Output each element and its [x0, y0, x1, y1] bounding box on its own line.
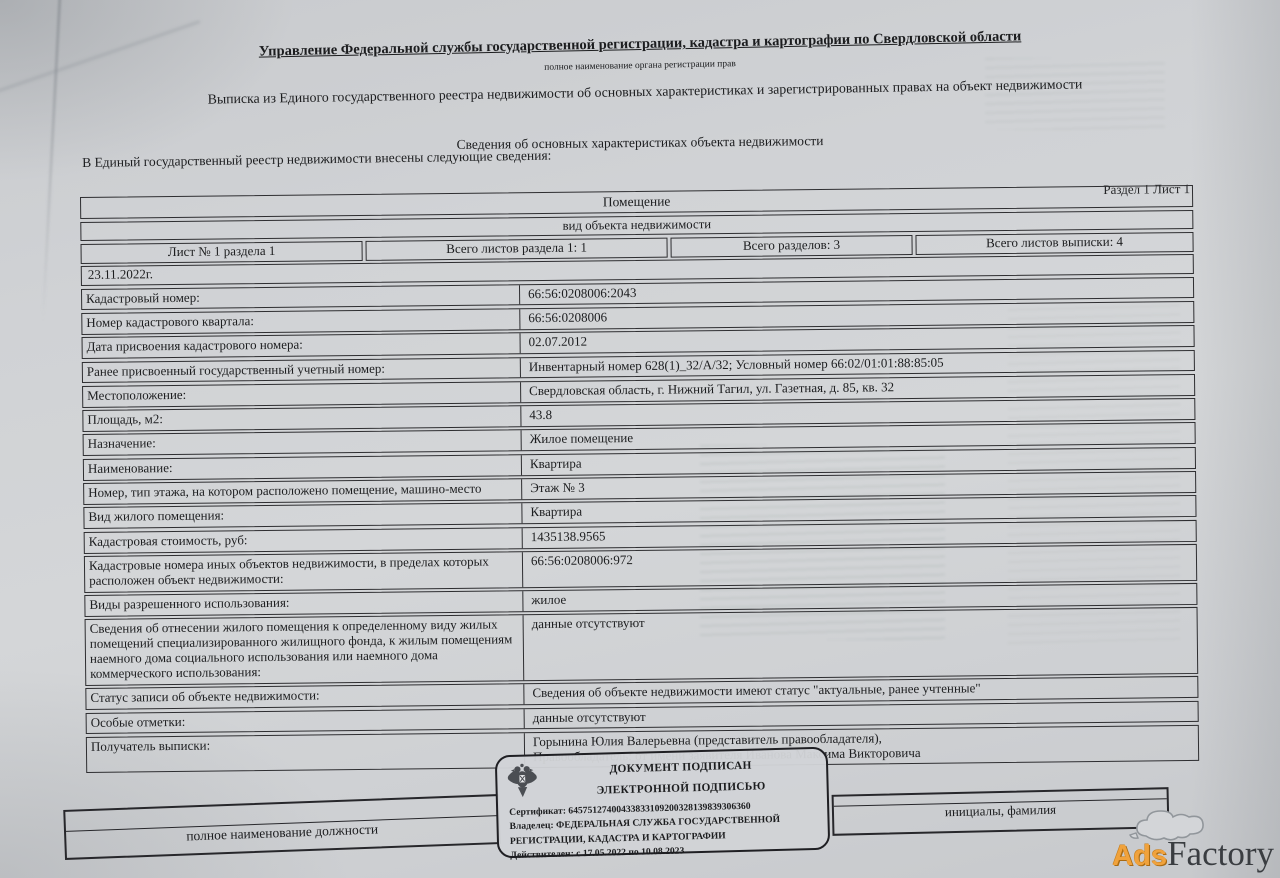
watermark-ads: Ads [1112, 840, 1167, 872]
watermark-factory: Factory [1167, 834, 1274, 873]
sheet-number-cell: Лист № 1 раздела 1 [81, 241, 363, 264]
row-label: Виды разрешенного использования: [85, 591, 523, 616]
electronic-signature-stamp: ДОКУМЕНТ ПОДПИСАН ЭЛЕКТРОННОЙ ПОДПИСЬЮ С… [495, 747, 831, 859]
row-label: Дата присвоения кадастрового номера: [83, 333, 521, 358]
total-sheets-section-cell: Всего листов раздела 1: 1 [365, 238, 667, 261]
row-label: Статус записи об объекте недвижимости: [86, 684, 524, 709]
position-caption: полное наименование должности [66, 817, 498, 849]
row-label: Вид жилого помещения: [84, 504, 522, 529]
position-signature-box: полное наименование должности [63, 794, 501, 860]
row-label: Номер, тип этажа, на котором расположено… [84, 479, 522, 504]
stamp-title-lines: ДОКУМЕНТ ПОДПИСАН ЭЛЕКТРОННОЙ ПОДПИСЬЮ [545, 754, 817, 803]
row-label: Номер кадастрового квартала: [82, 309, 520, 334]
scanned-egrn-extract-photo: Управление Федеральной службы государств… [0, 0, 1280, 878]
total-sheets-extract-cell: Всего листов выписки: 4 [915, 232, 1193, 255]
row-value: Сведения об объекте недвижимости имеют с… [524, 677, 1197, 704]
bleed-through-artifact [985, 58, 1165, 130]
total-sections-cell: Всего разделов: 3 [670, 235, 912, 257]
row-label: Сведения об отнесении жилого помещения к… [86, 616, 525, 685]
row-label: Местоположение: [83, 382, 521, 407]
watermark-text: AdsFactory [1112, 834, 1274, 874]
row-label: Ранее присвоенный государственный учетны… [83, 358, 521, 383]
row-label: Кадастровый номер: [82, 285, 520, 310]
row-label: Кадастровые номера иных объектов недвижи… [85, 552, 523, 591]
bleed-through-artifact [1008, 300, 1180, 645]
row-label: Площадь, м2: [83, 406, 521, 431]
row-label: Особые отметки: [87, 709, 525, 734]
adsfactory-watermark: AdsFactory [1102, 800, 1280, 876]
bleed-through-artifact [700, 445, 945, 640]
row-label: Кадастровая стоимость, руб: [85, 528, 523, 553]
row-value: данные отсутствуют [525, 701, 1198, 728]
row-label: Получатель выписки: [87, 733, 525, 772]
row-label: Наименование: [84, 455, 522, 480]
row-label: Назначение: [84, 431, 522, 456]
double-headed-eagle-icon [505, 761, 546, 806]
